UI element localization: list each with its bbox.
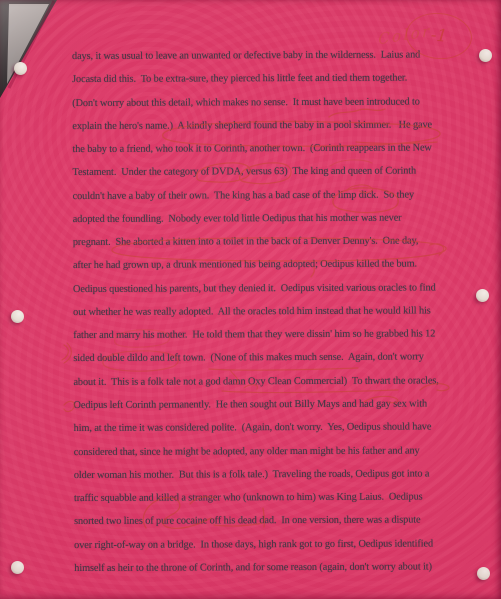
text-line: father and marry his mother. He told the… [73,327,473,352]
paper-pin [479,49,492,62]
text-line: sided double dildo and left town. (None … [73,351,473,376]
paper-pin [477,567,490,580]
text-line: explain the hero's name.) A kindly sheph… [72,118,472,143]
paper-pin [476,289,489,302]
paper-pin [11,310,24,323]
text-line: couldn't have a baby of their own. The k… [73,188,473,213]
text-line: older woman his mother. But this is a fo… [74,467,474,492]
grade-score-circled: -1 [404,10,474,62]
fold-shadow-triangle [0,0,57,98]
fold-paper-triangle [7,4,49,84]
text-line: him, at the time it was considered polit… [74,421,474,446]
fold-crease-shadow [9,1,54,88]
text-line: himself as heir to the throne of Corinth… [74,560,474,585]
text-line: the baby to a friend, who took it to Cor… [72,141,472,166]
text-line: adopted the foundling. Nobody ever told … [73,211,473,236]
grade-annotation: Color -1 [376,14,486,64]
text-line: over right-of-way on a bridge. In those … [74,537,474,562]
pen-margin-squiggle-dildo [62,343,71,363]
text-line: out whether he was really adopted. All t… [73,304,473,329]
text-line: snorted two lines of pure cocaine off hi… [74,514,474,539]
paper-pin [11,561,24,574]
text-line: Testament. Under the category of DVDA, v… [73,165,473,190]
text-line: Oedipus questioned his parents, but they… [73,281,473,306]
scanned-pink-paper: days, it was usual to leave an unwanted … [0,0,501,599]
text-line: about it. This is a folk tale not a god … [73,374,473,399]
text-line: considered that, since he might be adopt… [74,444,474,469]
typed-text: days, it was usual to leave an unwanted … [72,48,474,585]
folded-corner [0,0,57,98]
text-line: traffic squabble and killed a stranger w… [74,490,474,515]
text-line: Jocasta did this. To be extra-sure, they… [72,72,472,97]
text-line: after he had grown up, a drunk mentioned… [73,258,473,283]
paper-pin [14,62,27,75]
text-line: Oedipus left Corinth permanently. He the… [74,397,474,422]
text-line: (Don't worry about this detail, which ma… [72,95,472,120]
text-line: pregnant. She aborted a kitten into a to… [73,234,473,259]
